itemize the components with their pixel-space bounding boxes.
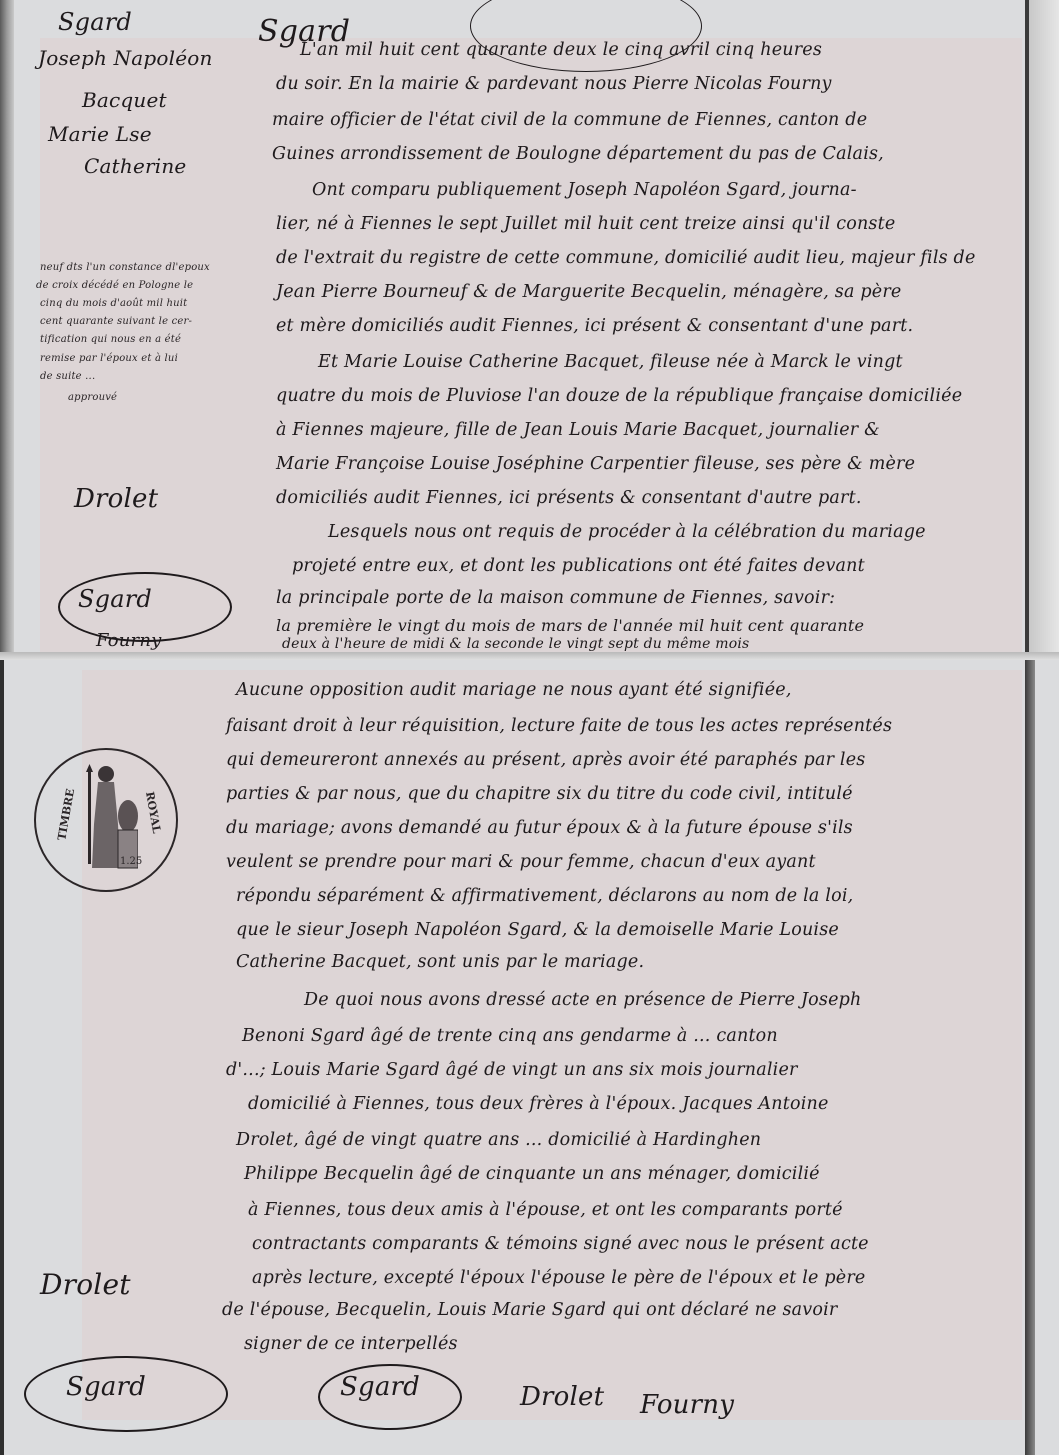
text-line: de l'épouse, Becquelin, Louis Marie Sgar… [222,1300,837,1320]
text-line: répondu séparément & affirmativement, dé… [236,886,853,906]
text-line: du mariage; avons demandé au futur époux… [226,818,853,838]
text-line: quatre du mois de Pluviose l'an douze de… [276,386,962,406]
text-line: faisant droit à leur réquisition, lectur… [226,716,892,736]
signature-sgard-margin: Sgard [66,1372,146,1402]
text-line: Lesquels nous ont requis de procéder à l… [328,522,926,542]
text-line: De quoi nous avons dressé acte en présen… [304,990,862,1010]
text-line: du soir. En la mairie & pardevant nous P… [276,74,832,94]
margin-note-line: cent quarante suivant le cer- [40,316,192,327]
margin-name-bride-surname: Bacquet [82,88,167,112]
margin-name-surname: Sgard [58,8,132,36]
text-line: Philippe Becquelin âgé de cinquante un a… [244,1164,820,1184]
margin-note-line: cinq du mois d'août mil huit [40,298,187,309]
text-line: à Fiennes, tous deux amis à l'épouse, et… [248,1200,843,1220]
text-line: et mère domiciliés audit Fiennes, ici pr… [276,316,913,336]
stamp-text-right: ROYAL [143,791,163,835]
signature-drolet-bottom: Drolet [520,1382,604,1412]
margin-note-approval: approuvé [68,392,117,403]
text-line: Aucune opposition audit mariage ne nous … [236,680,792,700]
register-page-top: Sgard Joseph Napoléon Bacquet Marie Lse … [0,0,1059,660]
text-line: Marie Françoise Louise Joséphine Carpent… [276,454,915,474]
margin-note-line: de croix décédé en Pologne le [36,280,193,291]
text-line: qui demeureront annexés au présent, aprè… [226,750,865,770]
text-line: d'...; Louis Marie Sgard âgé de vingt un… [226,1060,798,1080]
text-line: la première le vingt du mois de mars de … [276,616,864,635]
text-line: Jean Pierre Bourneuf & de Marguerite Bec… [276,282,901,302]
stamp-text-left: TIMBRE [55,788,77,842]
text-line: de l'extrait du registre de cette commun… [276,248,976,268]
text-line: à Fiennes majeure, fille de Jean Louis M… [276,420,880,440]
text-line: contractants comparants & témoins signé … [252,1234,869,1254]
text-line: lier, né à Fiennes le sept Juillet mil h… [276,214,895,234]
text-line: Guines arrondissement de Boulogne départ… [272,144,884,164]
text-line: signer de ce interpellés [244,1334,458,1354]
margin-note-line: remise par l'époux et à lui [40,353,178,364]
stamp-value: 1.25 [120,856,142,867]
page-edge-left [0,660,4,1455]
text-line: L'an mil huit cent quarante deux le cinq… [300,40,822,60]
margin-name-bride: Marie Lse [48,122,152,146]
text-line: domicilié à Fiennes, tous deux frères à … [248,1094,829,1114]
margin-note-line: tification qui nous en a été [40,334,181,345]
register-page-bottom: TIMBRE ROYAL 1.25 Aucune opposition audi… [0,660,1059,1455]
margin-name-bride-2: Catherine [84,154,186,178]
text-line: après lecture, excepté l'époux l'épouse … [252,1268,865,1288]
signature-drolet-margin: Drolet [40,1268,131,1301]
text-line: maire officier de l'état civil de la com… [272,110,867,130]
signature-sgard-bottom: Sgard [340,1372,420,1402]
text-line: veulent se prendre pour mari & pour femm… [226,852,816,872]
text-line: Ont comparu publiquement Joseph Napoléon… [312,180,857,200]
signature-fourny: Fourny [96,630,162,651]
text-line: Drolet, âgé de vingt quatre ans ... domi… [236,1130,761,1150]
text-line: Catherine Bacquet, sont unis par le mari… [236,952,644,972]
page-edge-left [0,0,14,660]
timbre-royal-stamp: TIMBRE ROYAL 1.25 [34,748,178,892]
signature-drolet: Drolet [74,484,158,514]
text-line: Et Marie Louise Catherine Bacquet, fileu… [318,352,903,372]
page-edge-shade [1029,0,1059,660]
page-edge-right [1025,660,1035,1455]
margin-note-line: neuf dts l'un constance dl'epoux [40,262,210,273]
text-line: la principale porte de la maison commune… [276,588,835,608]
text-line: parties & par nous, que du chapitre six … [226,784,853,804]
page-edge-right [1025,0,1029,660]
text-line: projeté entre eux, et dont les publicati… [292,556,865,576]
text-line: domiciliés audit Fiennes, ici présents &… [276,488,862,508]
margin-name-groom: Joseph Napoléon [38,46,213,70]
text-line: que le sieur Joseph Napoléon Sgard, & la… [236,920,839,940]
text-line: Benoni Sgard âgé de trente cinq ans gend… [242,1026,778,1046]
signature-fourny-bottom: Fourny [640,1390,734,1420]
margin-note-line: de suite ... [40,371,95,382]
text-line: deux à l'heure de midi & la seconde le v… [282,636,749,652]
